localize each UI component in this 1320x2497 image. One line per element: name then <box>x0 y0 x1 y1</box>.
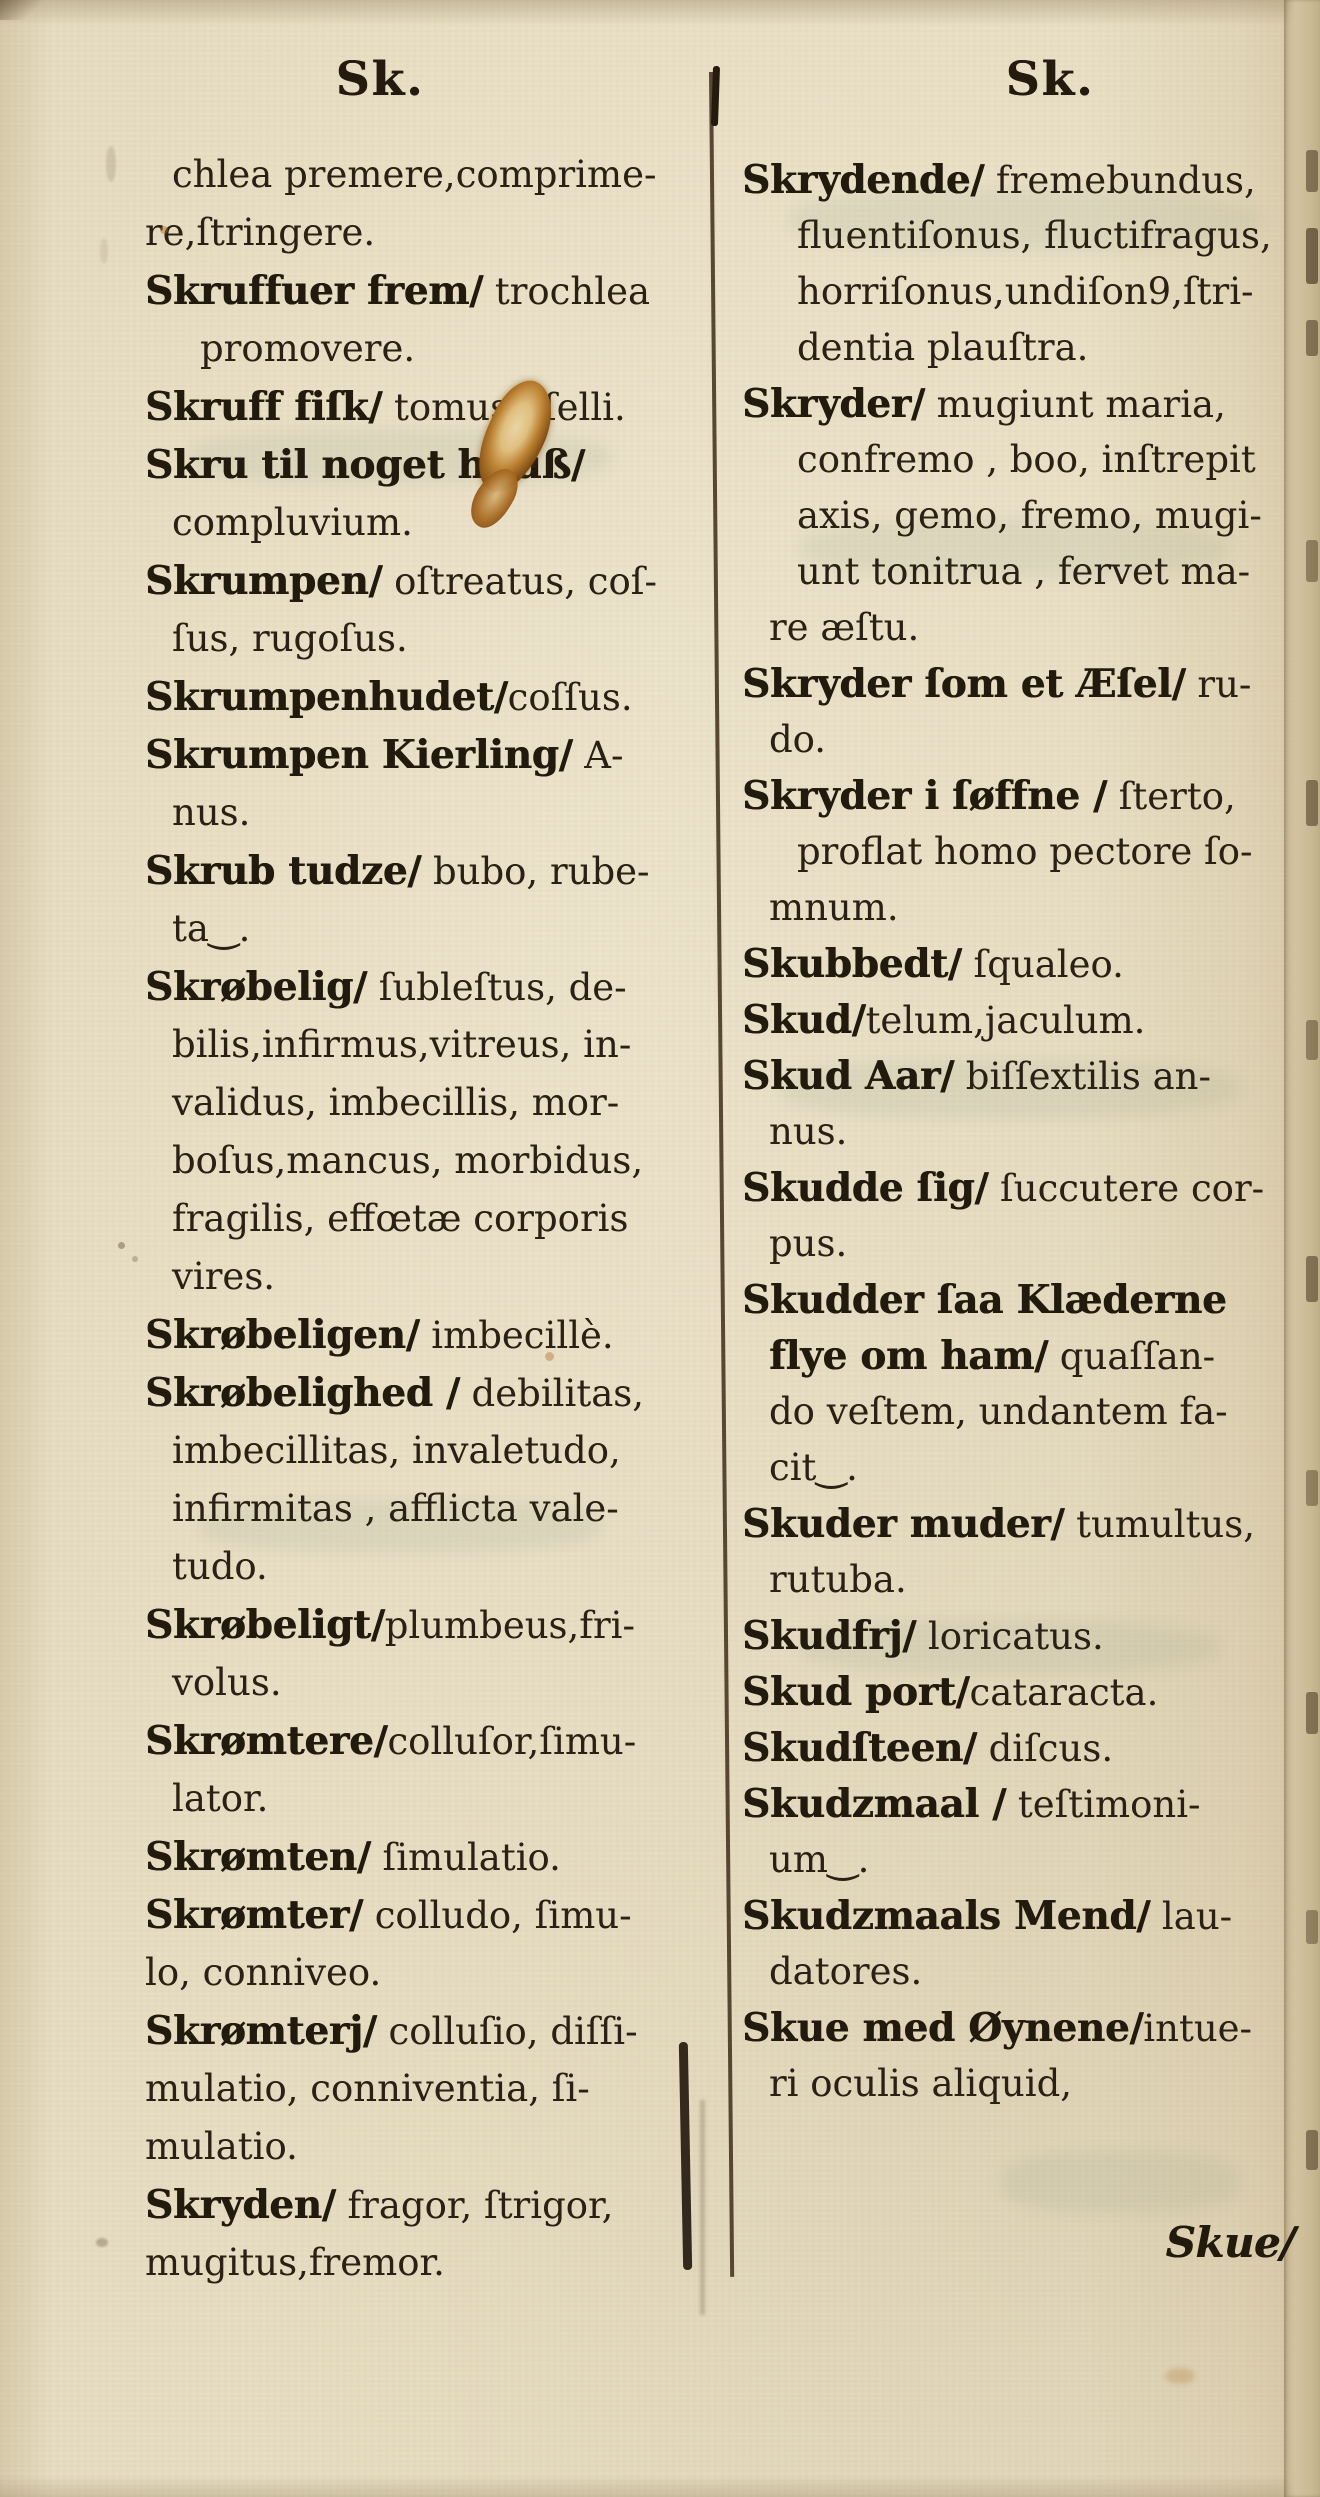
dictionary-line: Skuder muder/ tumultus, <box>742 1496 1302 1552</box>
headword-blackletter: Skrydende/ <box>742 157 984 203</box>
foxing-spot <box>132 1256 138 1262</box>
show-through-ghost <box>1000 2150 1240 2214</box>
foxing-spot <box>1165 2368 1195 2384</box>
latin-definition: ſimulatio. <box>371 1836 561 1879</box>
latin-definition: fragor, ſtrigor, <box>336 2184 614 2227</box>
headword-blackletter: flye om ham/ <box>769 1333 1048 1379</box>
dictionary-line: horriſonus,undiſon9,ſtri- <box>742 264 1302 320</box>
latin-definition: dentia plauſtra. <box>797 326 1088 369</box>
dictionary-line: rutuba. <box>742 1552 1302 1608</box>
latin-definition: axis, gemo, fremo, mugi- <box>797 494 1262 537</box>
latin-definition: proflat homo pectore ſo- <box>797 830 1253 873</box>
dictionary-line: chlea premere,comprime- <box>145 146 723 204</box>
foxing-spot <box>545 1352 554 1361</box>
latin-definition: telum,jaculum. <box>866 999 1146 1042</box>
dictionary-line: um‿. <box>742 1832 1302 1888</box>
dictionary-line: do. <box>742 712 1302 768</box>
latin-definition: ſuccutere cor- <box>988 1167 1264 1210</box>
dictionary-line: ſus, rugoſus. <box>145 610 723 668</box>
latin-definition: unt tonitrua , fervet ma- <box>797 550 1250 593</box>
latin-definition: vires. <box>172 1255 275 1298</box>
dictionary-line: Skrømten/ ſimulatio. <box>145 1828 723 1886</box>
latin-definition: ri oculis aliquid, <box>769 2062 1072 2105</box>
headword-blackletter: Skrumpenhudet/ <box>145 674 508 720</box>
page-edge-mark <box>1306 150 1318 192</box>
latin-definition: quaſſan- <box>1048 1335 1215 1378</box>
latin-definition: bubo, rube- <box>421 850 649 893</box>
dictionary-line: imbecillitas, invaletudo, <box>145 1422 723 1480</box>
latin-definition: intue- <box>1143 2007 1252 2050</box>
dictionary-line: vires. <box>145 1248 723 1306</box>
headword-blackletter: Skruffuer frem/ <box>145 268 483 314</box>
latin-definition: teſtimoni- <box>1006 1783 1200 1826</box>
headword-blackletter: Skryder i ſøffne / <box>742 773 1107 819</box>
latin-definition: imbecillitas, invaletudo, <box>172 1429 621 1472</box>
dictionary-line: nus. <box>145 784 723 842</box>
dictionary-line: infirmitas , afflicta vale- <box>145 1480 723 1538</box>
latin-definition: tumultus, <box>1064 1503 1255 1546</box>
latin-definition: bilis,infirmus,vitreus, in- <box>172 1023 631 1066</box>
latin-definition: mugiunt maria, <box>925 383 1226 426</box>
dictionary-line: Skubbedt/ ſqualeo. <box>742 936 1302 992</box>
latin-definition: A- <box>573 734 624 777</box>
latin-definition: horriſonus,undiſon9,ſtri- <box>797 270 1254 313</box>
dictionary-line: Skrub tudze/ bubo, rube- <box>145 842 723 900</box>
page-edge-mark <box>1306 1910 1318 1944</box>
dictionary-line: datores. <box>742 1944 1302 2000</box>
latin-definition: nus. <box>172 791 250 834</box>
headword-blackletter: Skudſteen/ <box>742 1725 977 1771</box>
foxing-spot <box>96 2238 108 2247</box>
dictionary-line: Skud Aar/ biſſextilis an- <box>742 1048 1302 1104</box>
ink-blot <box>474 378 564 534</box>
page-edge-mark <box>1306 1020 1318 1060</box>
latin-definition: re æſtu. <box>769 606 919 649</box>
headword-blackletter: Skudzmaals Mend/ <box>742 1893 1150 1939</box>
latin-definition: cit‿. <box>769 1446 858 1489</box>
headword-blackletter: Skrumpen/ <box>145 558 382 604</box>
dictionary-line: confremo , boo, inſtrepit <box>742 432 1302 488</box>
latin-definition: mugitus,fremor. <box>145 2241 445 2284</box>
page-edge-mark <box>1306 320 1318 356</box>
dictionary-line: mulatio, conniventia, ſi- <box>145 2060 723 2118</box>
latin-definition: mulatio. <box>145 2125 298 2168</box>
latin-definition: fragilis, effœtæ corporis <box>172 1197 628 1240</box>
latin-definition: ſus, rugoſus. <box>172 617 408 660</box>
dictionary-line: Skrumpenhudet/coſſus. <box>145 668 723 726</box>
foxing-spot <box>160 226 168 234</box>
latin-definition: do. <box>769 718 826 761</box>
latin-definition: lo, conniveo. <box>145 1951 381 1994</box>
headword-blackletter: Skubbedt/ <box>742 941 962 987</box>
headword-blackletter: Skrømter/ <box>145 1892 363 1938</box>
dictionary-line: Skudzmaal / teſtimoni- <box>742 1776 1302 1832</box>
page-top-shadow <box>0 0 1320 26</box>
latin-definition: ru- <box>1186 663 1252 706</box>
dictionary-line: Skrøbelig/ ſubleſtus, de- <box>145 958 723 1016</box>
headword-blackletter: Skudde ſig/ <box>742 1165 988 1211</box>
latin-definition: do veſtem, undantem fa- <box>769 1390 1228 1433</box>
latin-definition: nus. <box>769 1110 847 1153</box>
latin-definition: chlea premere,comprime- <box>172 153 656 196</box>
dictionary-line: volus. <box>145 1654 723 1712</box>
dictionary-line: Skrømter/ colludo, ſimu- <box>145 1886 723 1944</box>
dictionary-line: Skudde ſig/ ſuccutere cor- <box>742 1160 1302 1216</box>
dictionary-line: nus. <box>742 1104 1302 1160</box>
margin-smudge <box>100 238 108 264</box>
foxing-spot <box>118 1242 125 1249</box>
dictionary-line: Skrumpen/ oſtreatus, coſ- <box>145 552 723 610</box>
running-header-left: Sk. <box>120 52 640 107</box>
latin-definition: colluſor,ſimu- <box>387 1720 636 1763</box>
latin-definition: colludo, ſimu- <box>363 1894 632 1937</box>
latin-definition: diſcus. <box>977 1727 1113 1770</box>
dictionary-line: ri oculis aliquid, <box>742 2056 1302 2112</box>
latin-definition: lator. <box>172 1777 268 1820</box>
text-column-right: Skrydende/ fremebundus,fluentiſonus, flu… <box>742 152 1302 2112</box>
dictionary-line: lator. <box>145 1770 723 1828</box>
page-edge-mark <box>1306 1470 1318 1506</box>
dictionary-line: Skrydende/ fremebundus, <box>742 152 1302 208</box>
page-bottom-shadow <box>0 2475 1320 2497</box>
latin-definition: pus. <box>769 1222 847 1265</box>
dictionary-line: Skudzmaals Mend/ lau- <box>742 1888 1302 1944</box>
latin-definition: coſſus. <box>508 676 633 719</box>
headword-blackletter: Skudfrj/ <box>742 1613 916 1659</box>
dictionary-line: re,ſtringere. <box>145 204 723 262</box>
headword-blackletter: Skrøbelighed / <box>145 1370 460 1416</box>
latin-definition: tudo. <box>172 1545 268 1588</box>
dictionary-line: promovere. <box>145 320 723 378</box>
dictionary-line: tudo. <box>145 1538 723 1596</box>
headword-blackletter: Skud/ <box>742 997 866 1043</box>
dictionary-line: Skrømtere/colluſor,ſimu- <box>145 1712 723 1770</box>
page-edge-mark <box>1306 1256 1318 1302</box>
dictionary-line: pus. <box>742 1216 1302 1272</box>
dictionary-line: Skrøbeligen/ imbecillè. <box>145 1306 723 1364</box>
dictionary-line: Skryder ſom et Æſel/ ru- <box>742 656 1302 712</box>
headword-blackletter: Skryden/ <box>145 2182 336 2228</box>
dictionary-line: bilis,infirmus,vitreus, in- <box>145 1016 723 1074</box>
latin-definition: trochlea <box>483 270 650 313</box>
dictionary-line: mnum. <box>742 880 1302 936</box>
dictionary-line: fluentiſonus, fluctifragus, <box>742 208 1302 264</box>
headword-blackletter: Skudder ſaa Klæderne <box>742 1277 1226 1323</box>
page-edge-mark <box>1306 780 1318 826</box>
dictionary-line: ta‿. <box>145 900 723 958</box>
dictionary-line: unt tonitrua , fervet ma- <box>742 544 1302 600</box>
latin-definition: cataracta. <box>969 1671 1158 1714</box>
headword-blackletter: Skryder/ <box>742 381 925 427</box>
dictionary-line: flye om ham/ quaſſan- <box>742 1328 1302 1384</box>
dictionary-line: Skruffuer frem/ trochlea <box>145 262 723 320</box>
headword-blackletter: Skrømten/ <box>145 1834 371 1880</box>
latin-definition: colluſio, diſſi- <box>377 2010 638 2053</box>
headword-blackletter: Skrøbelig/ <box>145 964 367 1010</box>
dictionary-line: Skud/telum,jaculum. <box>742 992 1302 1048</box>
latin-definition: ſqualeo. <box>962 943 1124 986</box>
latin-definition: ta‿. <box>172 907 250 950</box>
dictionary-line: Skud port/cataracta. <box>742 1664 1302 1720</box>
latin-definition: fluentiſonus, fluctifragus, <box>797 214 1272 257</box>
dictionary-line: Skudder ſaa Klæderne <box>742 1272 1302 1328</box>
dictionary-line: Skruff fiſk/ tomus aſelli. <box>145 378 723 436</box>
latin-definition: fremebundus, <box>984 159 1256 202</box>
dictionary-line: axis, gemo, fremo, mugi- <box>742 488 1302 544</box>
margin-smudge <box>106 146 116 182</box>
dictionary-line: re æſtu. <box>742 600 1302 656</box>
text-column-left: chlea premere,comprime-re,ſtringere.Skru… <box>145 146 723 2292</box>
dictionary-line: Skudſteen/ diſcus. <box>742 1720 1302 1776</box>
page-edge-mark <box>1306 1692 1318 1734</box>
latin-definition: loricatus. <box>916 1615 1104 1658</box>
latin-definition: biſſextilis an- <box>954 1055 1211 1098</box>
latin-definition: um‿. <box>769 1838 869 1881</box>
dictionary-line: Skryder i ſøffne / ſterto, <box>742 768 1302 824</box>
latin-definition: lau- <box>1150 1895 1232 1938</box>
dictionary-line: cit‿. <box>742 1440 1302 1496</box>
headword-blackletter: Skud port/ <box>742 1669 969 1715</box>
headword-blackletter: Skryder ſom et Æſel/ <box>742 661 1186 707</box>
latin-definition: compluvium. <box>172 501 413 544</box>
running-header-right: Sk. <box>790 52 1310 107</box>
page-edge-mark <box>1306 2130 1318 2170</box>
dictionary-line: Skue med Øynene/intue- <box>742 2000 1302 2056</box>
headword-blackletter: Skrøbeligt/ <box>145 1602 385 1648</box>
dictionary-line: Skrøbelighed / debilitas, <box>145 1364 723 1422</box>
latin-definition: re,ſtringere. <box>145 211 375 254</box>
dictionary-line: Skryden/ fragor, ſtrigor, <box>145 2176 723 2234</box>
latin-definition: debilitas, <box>460 1372 644 1415</box>
latin-definition: rutuba. <box>769 1558 907 1601</box>
dictionary-line: compluvium. <box>145 494 723 552</box>
headword-blackletter: Skrøbeligen/ <box>145 1312 420 1358</box>
headword-blackletter: Skudzmaal / <box>742 1781 1006 1827</box>
dictionary-line: validus, imbecillis, mor- <box>145 1074 723 1132</box>
dictionary-line: do veſtem, undantem fa- <box>742 1384 1302 1440</box>
column-divider-rule <box>711 66 720 126</box>
headword-blackletter: Skrømterj/ <box>145 2008 377 2054</box>
headword-blackletter: Skue med Øynene/ <box>742 2005 1143 2051</box>
dictionary-line: proflat homo pectore ſo- <box>742 824 1302 880</box>
latin-definition: validus, imbecillis, mor- <box>172 1081 619 1124</box>
latin-definition: ſubleſtus, de- <box>367 966 627 1009</box>
dictionary-line: Skudfrj/ loricatus. <box>742 1608 1302 1664</box>
dictionary-line: Skrumpen Kierling/ A- <box>145 726 723 784</box>
latin-definition: promovere. <box>200 327 415 370</box>
latin-definition: mnum. <box>769 886 899 929</box>
headword-blackletter: Skrub tudze/ <box>145 848 421 894</box>
dictionary-line: mulatio. <box>145 2118 723 2176</box>
dictionary-line: lo, conniveo. <box>145 1944 723 2002</box>
dictionary-line: Skrøbeligt/plumbeus,fri- <box>145 1596 723 1654</box>
headword-blackletter: Skud Aar/ <box>742 1053 954 1099</box>
headword-blackletter: Skrømtere/ <box>145 1718 387 1764</box>
latin-definition: imbecillè. <box>420 1314 614 1357</box>
dictionary-line: fragilis, effœtæ corporis <box>145 1190 723 1248</box>
headword-blackletter: Skrumpen Kierling/ <box>145 732 573 778</box>
latin-definition: boſus,mancus, morbidus, <box>172 1139 643 1182</box>
latin-definition: infirmitas , afflicta vale- <box>172 1487 619 1530</box>
latin-definition: volus. <box>172 1661 282 1704</box>
headword-blackletter: Skruff fiſk/ <box>145 384 382 430</box>
latin-definition: datores. <box>769 1950 922 1993</box>
page-edge-mark <box>1306 228 1318 284</box>
dictionary-line: Skru til noget huuß/ <box>145 436 723 494</box>
catchword: Skue/ <box>1040 2218 1295 2267</box>
headword-blackletter: Skuder muder/ <box>742 1501 1064 1547</box>
latin-definition: plumbeus,fri- <box>385 1604 635 1647</box>
dictionary-line: Skrømterj/ colluſio, diſſi- <box>145 2002 723 2060</box>
page-edge-mark <box>1306 540 1318 582</box>
dictionary-line: Skryder/ mugiunt maria, <box>742 376 1302 432</box>
latin-definition: ſterto, <box>1107 775 1236 818</box>
dictionary-page-scan: { "page": { "header_left": "Sk.", "heade… <box>0 0 1320 2497</box>
dictionary-line: dentia plauſtra. <box>742 320 1302 376</box>
latin-definition: confremo , boo, inſtrepit <box>797 438 1256 481</box>
dictionary-line: mugitus,fremor. <box>145 2234 723 2292</box>
latin-definition: mulatio, conniventia, ſi- <box>145 2067 590 2110</box>
latin-definition: oſtreatus, coſ- <box>382 560 657 603</box>
dictionary-line: boſus,mancus, morbidus, <box>145 1132 723 1190</box>
page-corner-mark <box>0 0 44 20</box>
